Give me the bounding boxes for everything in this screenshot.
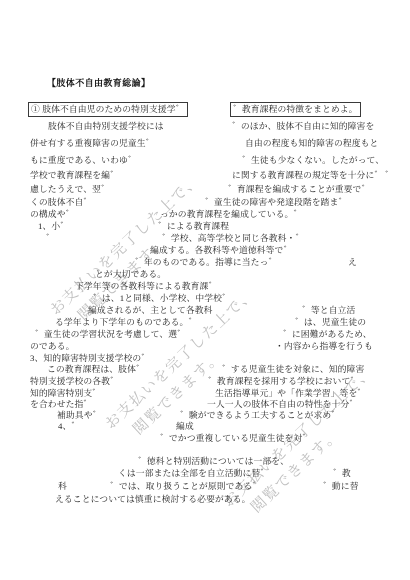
text-segment: 慮したうえで、翌゛ — [30, 184, 110, 195]
text-segment: ゛教育課程を採用する学校において゛ — [208, 376, 359, 387]
text-segment: ゛童生徒の障害や発達段階を踏ま゛ — [205, 197, 347, 208]
text-segment: 特別支援学校の各教゛ — [30, 376, 119, 387]
text-segment: 下学年等の各教科等による教育課゛ — [75, 281, 217, 292]
text-segment: っかの教育課程を編成している。゛ — [160, 209, 302, 220]
boxed-heading: ゛教育課程の特徴をまとめよ。 — [230, 102, 361, 117]
page-title: 【肢体不自由教育総論】 — [47, 76, 150, 89]
text-segment: ゛生徒も少なくない。したがって、 — [242, 155, 384, 166]
text-segment: ・内容から指導を行うも — [275, 341, 373, 352]
text-segment: の構成や゛ — [30, 209, 75, 220]
text-segment: ゛徳科と特別活動については一部を、 — [138, 456, 289, 467]
document-page: 【肢体不自由教育総論】 お支払いを完了した上で、 閲覧できます。お支払いを完了し… — [0, 0, 410, 580]
text-segment: 1、小゛ — [38, 221, 69, 232]
text-segment: ゛学校、高等学校と同じ各教科・゛ — [162, 233, 304, 244]
text-segment: 科 — [58, 481, 67, 492]
text-segment: え — [348, 257, 357, 268]
text-segment: えることについては慎重に検討する必要がある。 — [55, 494, 251, 505]
text-segment: ゛教 — [333, 468, 351, 479]
text-segment: ゛による教育課程 — [158, 221, 229, 232]
text-segment: この教育課程は、肢体゛ — [47, 364, 145, 375]
text-segment: ゛動に替 — [323, 481, 359, 492]
text-segment: ゛ — [46, 233, 55, 244]
text-segment: ゛に困難があるため、 — [283, 329, 372, 340]
text-segment: 編成 — [176, 421, 194, 432]
text-segment: ゛でかつ重複している児童生徒を対゛ — [160, 433, 311, 444]
text-segment: ゛のほか、肢体不自由に知的障害を — [232, 121, 374, 132]
text-segment: を合わせた指゛ — [30, 399, 92, 410]
text-segment: 生活指導単元」や「作業学習」等を゛ — [215, 388, 366, 399]
text-segment: に関する教育課程の規定等を十分に゛ — [232, 170, 383, 181]
text-segment: 編成されるが、主として各教科 — [88, 305, 213, 316]
text-segment: 4、゛ — [58, 421, 80, 432]
text-segment: 学校で教育課程を編゛ — [30, 170, 119, 181]
text-segment: ゛ — [385, 170, 394, 181]
text-segment: ゛年のものである。指導に当たっ゛ — [135, 257, 277, 268]
text-segment: 補助具や゛ — [57, 410, 102, 421]
text-segment: ゛験ができるよう工夫することが求め゛ — [180, 410, 340, 421]
text-segment: 知的障害特別支゛ — [30, 388, 101, 399]
text-segment: とが大切である。 — [95, 269, 166, 280]
text-segment: る学年より下学年のものである。゛ — [55, 317, 197, 328]
text-segment: くは一部または全部を自立活動に替゛ — [118, 468, 269, 479]
boxed-heading: ① 肢体不自由児のための特別支援学゛ — [28, 102, 188, 117]
text-segment: ゛等と自立活 — [302, 305, 355, 316]
text-segment: 併せ有する重複障害の児童生゛ — [30, 138, 155, 149]
text-segment: ゛は、児童生徒の — [295, 317, 366, 328]
text-segment: ゛は、1と同様、小学校、中学校゛ — [93, 293, 231, 304]
text-segment: 3、知的障害特別支援学校の゛ — [30, 353, 150, 364]
text-segment: 一人一人の肢体不自由の特性を十分゛ — [207, 399, 358, 410]
text-segment: 自由の程度も知的障害の程度もと — [245, 138, 378, 149]
text-segment: 編成する。各教科等や道徳科等で゛ — [150, 245, 292, 256]
text-segment: ゛する児童生徒を対象に、知的障害 — [222, 364, 364, 375]
text-segment: ゛童生徒の学習状況を考慮して、選゛ — [35, 329, 186, 340]
text-segment: 肢体不自由特別支援学校には — [48, 121, 164, 132]
text-segment: くの肢体不自゛ — [30, 197, 92, 208]
text-segment: のである。 — [30, 341, 75, 352]
text-segment: もに重度である、いわゆ゛ — [30, 155, 137, 166]
text-segment: ゛育課程を編成することが重要で゛ — [228, 184, 370, 195]
text-segment: ゛では、取り扱うことが原則である゛ — [110, 481, 261, 492]
